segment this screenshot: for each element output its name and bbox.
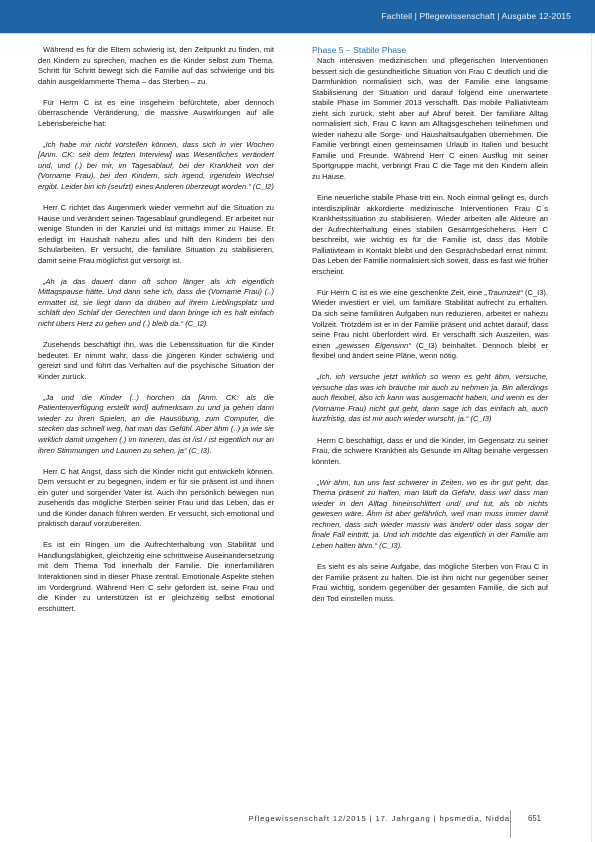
paragraph: Während es für die Eltern schwierig ist,… (38, 45, 274, 87)
section-heading: Phase 5 – Stabile Phase (312, 45, 548, 56)
margin-dotted-rule (590, 34, 592, 842)
interview-quote: „Ja und die Kinder (..) horchen da [Anm.… (38, 393, 274, 456)
paragraph-mixed: Für Herrn C ist es wie eine geschenkte Z… (312, 288, 548, 362)
paragraph: Zusehends beschäftigt ihn, was die Leben… (38, 340, 274, 382)
paragraph: Eine neuerliche stabile Phase tritt ein.… (312, 193, 548, 277)
footer-publication-info: Pflegewissenschaft 12/2015 | 17. Jahrgan… (249, 814, 510, 823)
paragraph: Nach intensiven medizinischen und pflege… (312, 56, 548, 183)
page-number: 651 (528, 814, 541, 823)
interview-quote: „Ah ja das dauert dann oft schon länger … (38, 277, 274, 330)
right-column: Phase 5 – Stabile Phase Nach intensiven … (312, 45, 548, 615)
header-band: Fachteil | Pflegewissenschaft | Ausgabe … (0, 0, 595, 33)
paragraph: Für Herrn C ist es eine insgeheim befürc… (38, 98, 274, 130)
text-run: Für Herrn C ist es wie eine geschenkte Z… (317, 288, 485, 297)
paragraph: Herrn C beschäftigt, dass er und die Kin… (312, 436, 548, 468)
page-footer: Pflegewissenschaft 12/2015 | 17. Jahrgan… (0, 810, 595, 842)
paragraph: Es ist ein Ringen um die Aufrechterhaltu… (38, 540, 274, 614)
interview-quote: „Ich, ich versuche jetzt wirklich so wen… (312, 372, 548, 425)
paragraph: Herr C richtet das Augenmerk wieder verm… (38, 203, 274, 266)
emphasis-run: „gewissen Eigensinn“ (336, 341, 411, 350)
running-header-title: Fachteil | Pflegewissenschaft | Ausgabe … (381, 11, 571, 21)
left-column: Während es für die Eltern schwierig ist,… (38, 45, 274, 625)
paragraph: Es sieht es als seine Aufgabe, das mögli… (312, 562, 548, 604)
emphasis-run: „Traumzeit“ (485, 288, 523, 297)
paragraph: Herr C hat Angst, dass sich die Kinder n… (38, 467, 274, 530)
interview-quote: „Wir ähm, tun uns fast schwerer in Zeite… (312, 478, 548, 552)
interview-quote: „Ich habe mir nicht vorstellen können, d… (38, 140, 274, 193)
header-divider (0, 33, 595, 34)
footer-divider (510, 810, 511, 838)
